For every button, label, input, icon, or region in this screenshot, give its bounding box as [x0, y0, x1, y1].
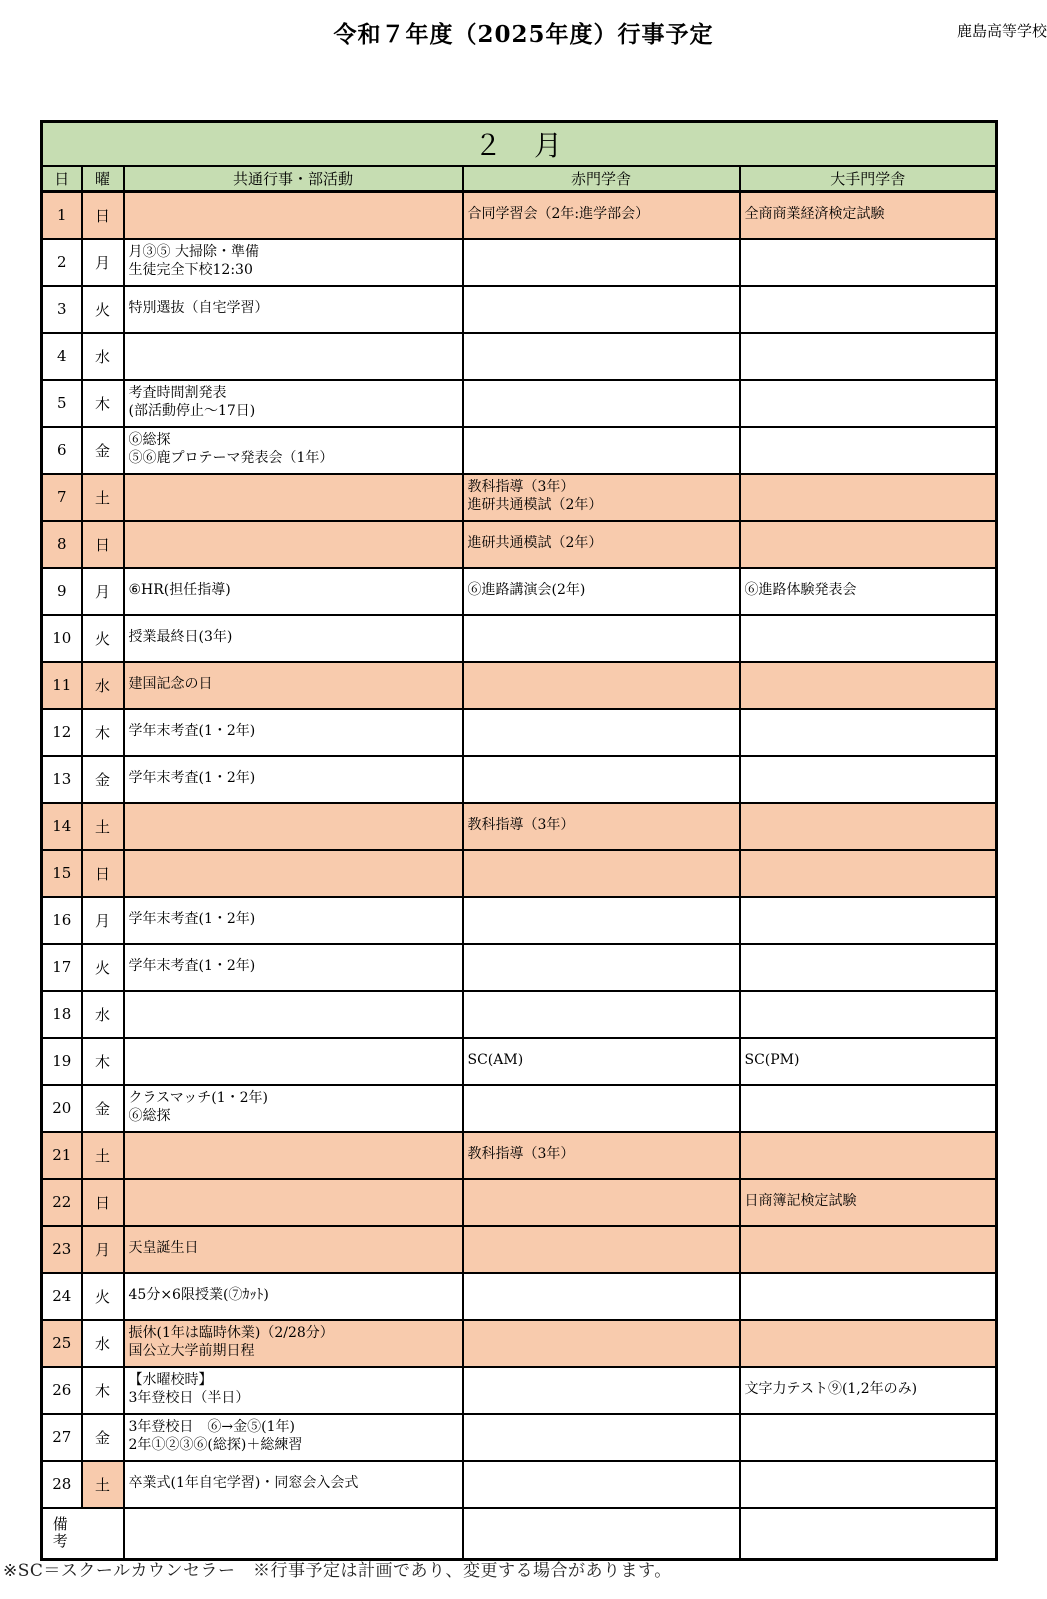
akamon-cell: 合同学習会（2年:進学部会）	[463, 192, 740, 239]
day-of-week: 土	[82, 1132, 124, 1179]
day-number: 20	[42, 1085, 82, 1132]
akamon-cell	[463, 427, 740, 474]
common-events-cell: 天皇誕生日	[124, 1226, 463, 1273]
table-row: 17火学年末考査(1・2年)	[42, 944, 997, 991]
otemon-cell	[740, 991, 997, 1038]
table-row: 2月月③⑤ 大掃除・準備 生徒完全下校12:30	[42, 239, 997, 286]
akamon-cell: 進研共通模試（2年）	[463, 521, 740, 568]
table-row: 11水建国記念の日	[42, 662, 997, 709]
common-events-cell: 学年末考査(1・2年)	[124, 756, 463, 803]
common-events-cell: 授業最終日(3年)	[124, 615, 463, 662]
table-row: 12木学年末考査(1・2年)	[42, 709, 997, 756]
remarks-label: 備考	[52, 1516, 69, 1551]
akamon-cell	[463, 1367, 740, 1414]
day-number: 8	[42, 521, 82, 568]
table-row: 23月天皇誕生日	[42, 1226, 997, 1273]
table-row: 16月学年末考査(1・2年)	[42, 897, 997, 944]
day-number: 9	[42, 568, 82, 615]
day-number: 18	[42, 991, 82, 1038]
column-header-common-events: 共通行事・部活動	[124, 166, 463, 192]
common-events-cell	[124, 850, 463, 897]
day-of-week: 木	[82, 380, 124, 427]
day-of-week: 日	[82, 192, 124, 239]
day-number: 5	[42, 380, 82, 427]
table-row: 15日	[42, 850, 997, 897]
day-of-week: 水	[82, 662, 124, 709]
otemon-cell	[740, 709, 997, 756]
day-number: 11	[42, 662, 82, 709]
common-events-cell: ⑥HR(担任指導)	[124, 568, 463, 615]
table-row: 14土教科指導（3年）	[42, 803, 997, 850]
day-of-week: 月	[82, 1226, 124, 1273]
remarks-common-cell	[124, 1508, 463, 1560]
akamon-cell	[463, 333, 740, 380]
akamon-cell: 教科指導（3年）	[463, 803, 740, 850]
common-events-cell: 学年末考査(1・2年)	[124, 709, 463, 756]
akamon-cell: 教科指導（3年）	[463, 1132, 740, 1179]
akamon-cell	[463, 756, 740, 803]
akamon-cell: ⑥進路講演会(2年)	[463, 568, 740, 615]
akamon-cell	[463, 1273, 740, 1320]
day-of-week: 水	[82, 333, 124, 380]
otemon-cell	[740, 521, 997, 568]
table-row: 3火特別選抜（自宅学習）	[42, 286, 997, 333]
remarks-section: 備考	[42, 1508, 997, 1560]
common-events-cell: 45分×6限授業(⑦ｶｯﾄ)	[124, 1273, 463, 1320]
table-row: 26木【水曜校時】 3年登校日（半日）文字力テスト⑨(1,2年のみ)	[42, 1367, 997, 1414]
table-row: 21土教科指導（3年）	[42, 1132, 997, 1179]
akamon-cell: 教科指導（3年） 進研共通模試（2年）	[463, 474, 740, 521]
akamon-cell	[463, 1414, 740, 1461]
day-number: 7	[42, 474, 82, 521]
day-number: 2	[42, 239, 82, 286]
day-number: 10	[42, 615, 82, 662]
otemon-cell: ⑥進路体験発表会	[740, 568, 997, 615]
calendar-body: 1日合同学習会（2年:進学部会）全商商業経済検定試験2月月③⑤ 大掃除・準備 生…	[42, 192, 997, 1508]
otemon-cell	[740, 1226, 997, 1273]
day-of-week: 木	[82, 709, 124, 756]
month-header-section: ２ 月 日 曜 共通行事・部活動 赤門学舎 大手門学舎	[42, 122, 997, 192]
otemon-cell	[740, 1132, 997, 1179]
common-events-cell: 考査時間割発表 (部活動停止～17日)	[124, 380, 463, 427]
otemon-cell: 全商商業経済検定試験	[740, 192, 997, 239]
day-of-week: 火	[82, 615, 124, 662]
common-events-cell	[124, 1179, 463, 1226]
akamon-cell	[463, 380, 740, 427]
otemon-cell	[740, 944, 997, 991]
table-row: 24火45分×6限授業(⑦ｶｯﾄ)	[42, 1273, 997, 1320]
common-events-cell: 特別選抜（自宅学習）	[124, 286, 463, 333]
day-number: 15	[42, 850, 82, 897]
remarks-row: 備考	[42, 1508, 997, 1560]
common-events-cell: 学年末考査(1・2年)	[124, 897, 463, 944]
otemon-cell	[740, 850, 997, 897]
page-title: 令和７年度（2025年度）行事予定	[0, 16, 1047, 49]
akamon-cell	[463, 1226, 740, 1273]
table-row: 7土教科指導（3年） 進研共通模試（2年）	[42, 474, 997, 521]
otemon-cell	[740, 1085, 997, 1132]
otemon-cell: 文字力テスト⑨(1,2年のみ)	[740, 1367, 997, 1414]
common-events-cell	[124, 1038, 463, 1085]
month-title-row: ２ 月	[42, 122, 997, 167]
day-of-week: 金	[82, 756, 124, 803]
common-events-cell: クラスマッチ(1・2年) ⑥総探	[124, 1085, 463, 1132]
day-of-week: 日	[82, 850, 124, 897]
common-events-cell	[124, 991, 463, 1038]
day-of-week: 金	[82, 427, 124, 474]
day-of-week: 火	[82, 944, 124, 991]
akamon-cell	[463, 1461, 740, 1508]
table-row: 25水振休(1年は臨時休業)（2/28分） 国公立大学前期日程	[42, 1320, 997, 1367]
table-row: 4水	[42, 333, 997, 380]
day-number: 27	[42, 1414, 82, 1461]
day-number: 22	[42, 1179, 82, 1226]
day-of-week: 水	[82, 1320, 124, 1367]
common-events-cell: 月③⑤ 大掃除・準備 生徒完全下校12:30	[124, 239, 463, 286]
common-events-cell	[124, 1132, 463, 1179]
day-number: 6	[42, 427, 82, 474]
common-events-cell	[124, 192, 463, 239]
day-of-week: 日	[82, 521, 124, 568]
akamon-cell	[463, 709, 740, 756]
day-number: 1	[42, 192, 82, 239]
day-number: 17	[42, 944, 82, 991]
table-row: 22日日商簿記検定試験	[42, 1179, 997, 1226]
common-events-cell: 【水曜校時】 3年登校日（半日）	[124, 1367, 463, 1414]
otemon-cell	[740, 1320, 997, 1367]
otemon-cell	[740, 474, 997, 521]
day-of-week: 金	[82, 1085, 124, 1132]
akamon-cell	[463, 944, 740, 991]
akamon-cell	[463, 239, 740, 286]
column-header-weekday: 曜	[82, 166, 124, 192]
otemon-cell	[740, 286, 997, 333]
day-number: 14	[42, 803, 82, 850]
otemon-cell	[740, 803, 997, 850]
table-row: 19木SC(AM)SC(PM)	[42, 1038, 997, 1085]
akamon-cell	[463, 1179, 740, 1226]
otemon-cell	[740, 427, 997, 474]
common-events-cell	[124, 333, 463, 380]
akamon-cell	[463, 1085, 740, 1132]
otemon-cell	[740, 1461, 997, 1508]
column-header-day: 日	[42, 166, 82, 192]
column-header-akamon: 赤門学舎	[463, 166, 740, 192]
common-events-cell	[124, 803, 463, 850]
day-number: 12	[42, 709, 82, 756]
day-of-week: 火	[82, 1273, 124, 1320]
akamon-cell	[463, 615, 740, 662]
day-of-week: 月	[82, 568, 124, 615]
day-of-week: 木	[82, 1038, 124, 1085]
table-row: 27金3年登校日 ⑥→金⑤(1年) 2年①②③⑥(総探)＋総練習	[42, 1414, 997, 1461]
day-number: 21	[42, 1132, 82, 1179]
common-events-cell: 3年登校日 ⑥→金⑤(1年) 2年①②③⑥(総探)＋総練習	[124, 1414, 463, 1461]
day-number: 13	[42, 756, 82, 803]
common-events-cell: 振休(1年は臨時休業)（2/28分） 国公立大学前期日程	[124, 1320, 463, 1367]
common-events-cell: ⑥総探 ⑤⑥鹿プロテーマ発表会（1年）	[124, 427, 463, 474]
table-row: 6金⑥総探 ⑤⑥鹿プロテーマ発表会（1年）	[42, 427, 997, 474]
otemon-cell	[740, 1414, 997, 1461]
day-of-week: 土	[82, 474, 124, 521]
akamon-cell	[463, 991, 740, 1038]
remarks-akamon-cell	[463, 1508, 740, 1560]
otemon-cell	[740, 756, 997, 803]
day-number: 26	[42, 1367, 82, 1414]
table-row: 5木考査時間割発表 (部活動停止～17日)	[42, 380, 997, 427]
otemon-cell	[740, 380, 997, 427]
day-number: 4	[42, 333, 82, 380]
day-number: 19	[42, 1038, 82, 1085]
common-events-cell	[124, 521, 463, 568]
day-of-week: 水	[82, 991, 124, 1038]
table-row: 28土卒業式(1年自宅学習)・同窓会入会式	[42, 1461, 997, 1508]
otemon-cell	[740, 1273, 997, 1320]
akamon-cell	[463, 1320, 740, 1367]
otemon-cell	[740, 615, 997, 662]
common-events-cell: 学年末考査(1・2年)	[124, 944, 463, 991]
day-of-week: 金	[82, 1414, 124, 1461]
day-of-week: 土	[82, 803, 124, 850]
otemon-cell	[740, 897, 997, 944]
column-header-otemon: 大手門学舎	[740, 166, 997, 192]
common-events-cell	[124, 474, 463, 521]
table-row: 13金学年末考査(1・2年)	[42, 756, 997, 803]
day-number: 28	[42, 1461, 82, 1508]
day-of-week: 月	[82, 239, 124, 286]
table-row: 18水	[42, 991, 997, 1038]
otemon-cell	[740, 662, 997, 709]
month-title: ２ 月	[42, 122, 997, 167]
remarks-otemon-cell	[740, 1508, 997, 1560]
otemon-cell: SC(PM)	[740, 1038, 997, 1085]
akamon-cell	[463, 286, 740, 333]
akamon-cell	[463, 897, 740, 944]
remarks-label-cell: 備考	[42, 1508, 124, 1560]
day-of-week: 土	[82, 1461, 124, 1508]
day-of-week: 木	[82, 1367, 124, 1414]
column-header-row: 日 曜 共通行事・部活動 赤門学舎 大手門学舎	[42, 166, 997, 192]
otemon-cell: 日商簿記検定試験	[740, 1179, 997, 1226]
common-events-cell: 卒業式(1年自宅学習)・同窓会入会式	[124, 1461, 463, 1508]
day-number: 3	[42, 286, 82, 333]
day-number: 24	[42, 1273, 82, 1320]
table-row: 20金クラスマッチ(1・2年) ⑥総探	[42, 1085, 997, 1132]
table-row: 9月⑥HR(担任指導)⑥進路講演会(2年)⑥進路体験発表会	[42, 568, 997, 615]
event-schedule-table: ２ 月 日 曜 共通行事・部活動 赤門学舎 大手門学舎 1日合同学習会（2年:進…	[40, 120, 998, 1561]
otemon-cell	[740, 239, 997, 286]
table-row: 1日合同学習会（2年:進学部会）全商商業経済検定試験	[42, 192, 997, 239]
table-row: 8日進研共通模試（2年）	[42, 521, 997, 568]
day-of-week: 日	[82, 1179, 124, 1226]
common-events-cell: 建国記念の日	[124, 662, 463, 709]
day-of-week: 火	[82, 286, 124, 333]
day-number: 23	[42, 1226, 82, 1273]
school-name-note: 鹿島高等学校	[957, 20, 1047, 41]
table-row: 10火授業最終日(3年)	[42, 615, 997, 662]
day-number: 25	[42, 1320, 82, 1367]
akamon-cell: SC(AM)	[463, 1038, 740, 1085]
akamon-cell	[463, 662, 740, 709]
day-number: 16	[42, 897, 82, 944]
akamon-cell	[463, 850, 740, 897]
otemon-cell	[740, 333, 997, 380]
day-of-week: 月	[82, 897, 124, 944]
